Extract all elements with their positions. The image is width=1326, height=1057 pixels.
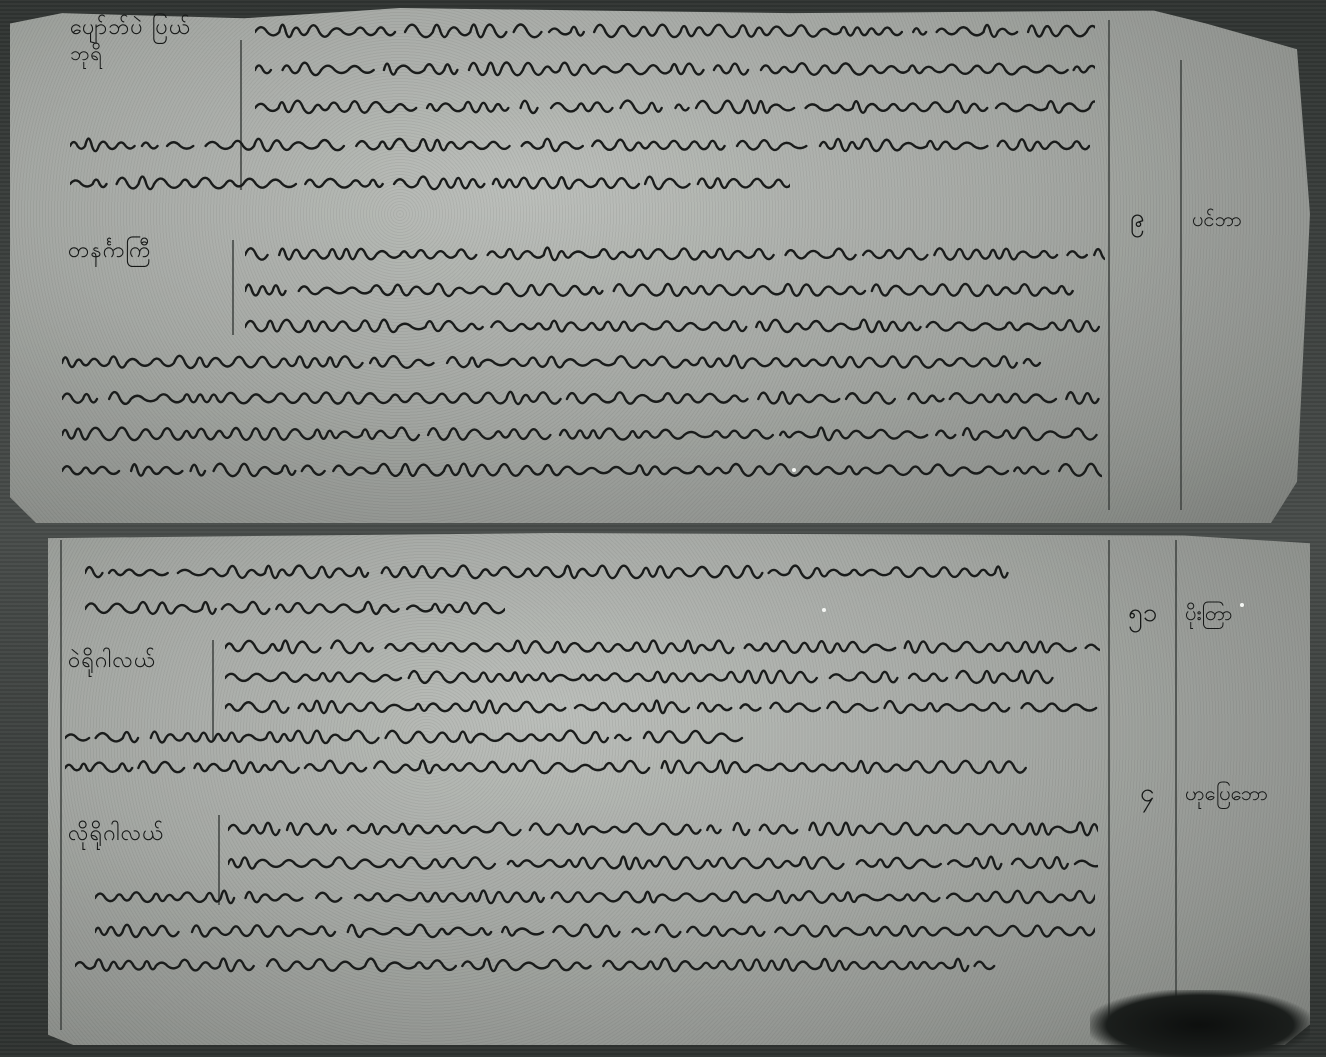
speck (1240, 603, 1244, 607)
manuscript-text-line: [handwritten line 5] (75, 948, 1015, 982)
section-heading: တနင်္ဂာကြီ (68, 235, 152, 268)
ruling-line (232, 240, 234, 335)
manuscript-text-line: [handwritten line 4] (65, 720, 765, 754)
damage-stain (1090, 990, 1310, 1057)
manuscript-text-line: [handwritten line 5] (65, 750, 1065, 784)
manuscript-text-line: [handwritten line 1] (255, 14, 1095, 48)
side-label: ဟုပြေဘော (1185, 780, 1268, 810)
manuscript-text-line: [handwritten line 1] (245, 237, 1105, 271)
manuscript-text-line: [handwritten line 2] (228, 846, 1098, 880)
folio-number: ၉ (1130, 200, 1145, 239)
side-label: ပိုးတြာ (1185, 600, 1233, 630)
ruling-line (1180, 60, 1182, 510)
ruling-line (1108, 540, 1110, 1030)
speck (822, 608, 826, 612)
manuscript-text-line: [handwritten line 3] (225, 690, 1100, 724)
folio-number: ၅၁ (1128, 595, 1157, 634)
manuscript-text-line: [handwritten line 4] (95, 914, 1095, 948)
manuscript-text-line: [handwritten line 3] (255, 90, 1095, 124)
manuscript-text-line: [handwritten line 3] (95, 880, 1095, 914)
manuscript-text-line: [handwritten line 5] (62, 381, 1102, 415)
manuscript-text-line: [handwritten line 1] (228, 812, 1098, 846)
speck (792, 468, 796, 472)
ruling-line (1108, 20, 1110, 510)
manuscript-text-line: [handwritten line 2] (85, 591, 505, 625)
manuscript-text-line: [handwritten line 6] (62, 417, 1102, 451)
manuscript-text-line: [handwritten line 2] (245, 273, 1105, 307)
folio-number: ၄ (1140, 775, 1155, 814)
side-label: ပင်ဘာ (1192, 206, 1242, 236)
manuscript-text-line: [handwritten line 4] (62, 345, 1102, 379)
manuscript-text-line: [handwritten line 7] (62, 453, 1102, 487)
manuscript-text-line: [handwritten line 5] (70, 166, 790, 200)
manuscript-text-line: [handwritten line 1] (85, 555, 1025, 589)
manuscript-text-line: [handwritten line 2] (225, 660, 1100, 694)
manuscript-text-line: [handwritten line 3] (245, 309, 1105, 343)
ruling-line (60, 540, 62, 1030)
section-heading: ဝဲရိုဂါလယ် (68, 645, 156, 678)
ruling-line (1175, 540, 1177, 1030)
manuscript-text-line: [handwritten line 4] (70, 128, 1090, 162)
manuscript-text-line: [handwritten line 1] (225, 630, 1100, 664)
section-heading-line2: ဘုရိ (70, 40, 103, 70)
section-heading: လိုရိုဂါလယ် (68, 818, 165, 851)
manuscript-text-line: [handwritten line 2] (255, 52, 1095, 86)
